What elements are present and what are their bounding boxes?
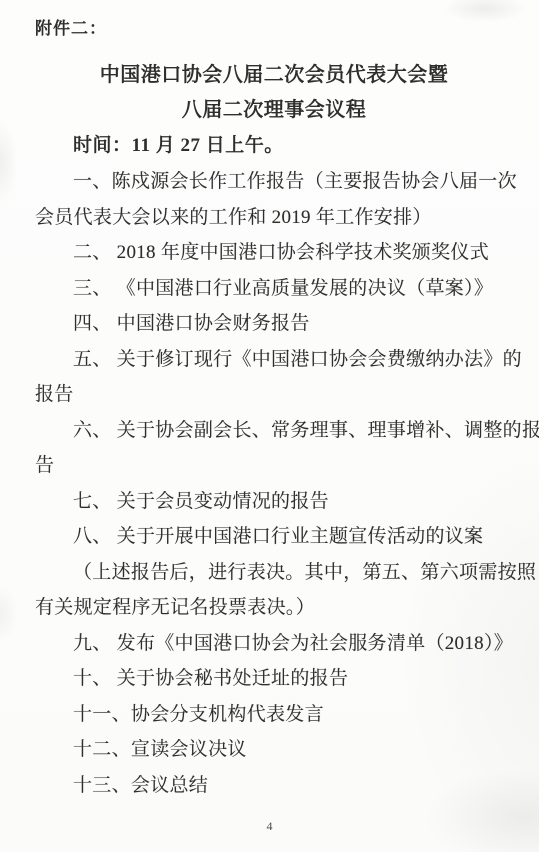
document-title-line-2: 八届二次理事会议程 (35, 93, 513, 128)
agenda-line: 六、 关于协会副会长、常务理事、理事增补、调整的报 (35, 413, 513, 449)
page-number: 4 (0, 819, 539, 834)
agenda-line: 报告 (35, 377, 513, 413)
document-title-line-1: 中国港口协会八届二次会员代表大会暨 (35, 58, 513, 93)
document-page: 附件二： 中国港口协会八届二次会员代表大会暨 八届二次理事会议程 时间：11 月… (0, 0, 539, 852)
document-title: 中国港口协会八届二次会员代表大会暨 八届二次理事会议程 (35, 58, 513, 128)
agenda-line: 一、陈戍源会长作工作报告（主要报告协会八届一次 (35, 164, 513, 200)
agenda-line: 会员代表大会以来的工作和 2019 年工作安排） (35, 200, 513, 236)
agenda-line: 十二、宣读会议决议 (35, 732, 513, 768)
attachment-label: 附件二： (35, 16, 513, 42)
agenda-line: 二、 2018 年度中国港口协会科学技术奖颁奖仪式 (35, 235, 513, 271)
meeting-time-line: 时间：11 月 27 日上午。 (35, 128, 513, 163)
agenda-line: 告 (35, 448, 513, 484)
agenda-line: 有关规定程序无记名投票表决。） (35, 590, 513, 626)
agenda-line: （上述报告后，进行表决。其中，第五、第六项需按照 (35, 555, 513, 591)
agenda-line: 五、 关于修订现行《中国港口协会会费缴纳办法》的 (35, 342, 513, 378)
agenda-line: 三、 《中国港口行业高质量发展的决议（草案）》 (35, 271, 513, 307)
agenda-line: 十、 关于协会秘书处迁址的报告 (35, 661, 513, 697)
agenda-line: 七、 关于会员变动情况的报告 (35, 484, 513, 520)
agenda-line: 十一、协会分支机构代表发言 (35, 697, 513, 733)
agenda-line: 四、 中国港口协会财务报告 (35, 306, 513, 342)
agenda-list: 一、陈戍源会长作工作报告（主要报告协会八届一次会员代表大会以来的工作和 2019… (35, 164, 513, 803)
agenda-line: 九、 发布《中国港口协会为社会服务清单（2018）》 (35, 626, 513, 662)
agenda-line: 八、 关于开展中国港口行业主题宣传活动的议案 (35, 519, 513, 555)
agenda-line: 十三、会议总结 (35, 768, 513, 804)
